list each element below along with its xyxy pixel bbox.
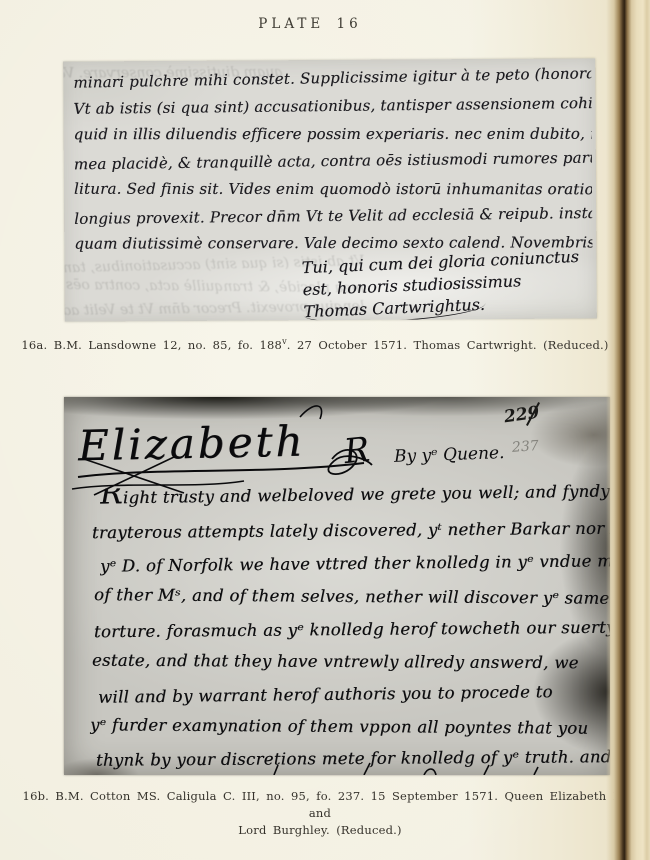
letter-line: trayterous attempts lately discovered, y… [92, 519, 610, 543]
letter-line: will and by warrant herof authoris you t… [98, 682, 553, 707]
letter-line: thynk by your discretions mete for knoll… [96, 747, 610, 770]
caption-16a-text: . 27 October 1571. Thomas Cartwright. (R… [287, 338, 609, 352]
caption-16a: 16a. B.M. Lansdowne 12, no. 85, fo. 188v… [15, 334, 615, 353]
photo-lansdowne-manuscript: Vt ab istis (si qua sint) accusationibus… [63, 58, 597, 321]
letter-line: Right trusty and welbeloved we grete you… [100, 481, 610, 507]
by-the-queen-text: By yᵉ Quene. [394, 443, 505, 467]
elizabeth-signature: Elizabeth [78, 417, 306, 471]
caption-16b: 16b. B.M. Cotton MS. Caligula C. III, no… [15, 788, 625, 839]
manuscript-line: litura. Sed finis sit. Vides enim quomod… [74, 180, 592, 198]
letter-line: of ther Mˢ, and of them selves, nether w… [94, 585, 610, 608]
caption-16a-text: 16a. B.M. Lansdowne 12, no. 85, fo. 188 [21, 338, 282, 352]
book-page: PLATE 16 Vt ab istis (si qua sint) accus… [0, 0, 650, 860]
letter-line: yᵉ D. of Norfolk we have vttred ther kno… [100, 551, 610, 575]
letter-line: torture. forasmuch as yᵉ knolledg herof … [94, 618, 610, 642]
plate-title: PLATE 16 [0, 16, 620, 32]
manuscript-line: quid in illis diluendis efficere possim … [74, 125, 592, 143]
manuscript-line: mea placidè, & tranquillè acta, contra o… [74, 149, 592, 174]
elizabeth-signature-paraph-letter: R [342, 430, 372, 472]
manuscript-line: longius provexit. Precor dn̄m Vt te Veli… [74, 204, 592, 228]
folio-number-new: 237 [511, 438, 539, 456]
letter-line: yᵉ furder examynation of them vppon all … [90, 715, 589, 737]
manuscript-line: Vt ab istis (si qua sint) accusationibus… [73, 94, 591, 118]
caption-16b-line2: Lord Burghley. (Reduced.) [15, 822, 625, 839]
photo-cotton-manuscript: Elizabeth R By yᵉ Quene. 229 237 Right t… [64, 397, 610, 775]
caption-16b-line1: 16b. B.M. Cotton MS. Caligula C. III, no… [15, 788, 625, 822]
cartwright-signature-block: Tui, qui cum dei gloria coniunctus est, … [301, 245, 594, 321]
book-gutter-shadow [606, 0, 650, 860]
letter-line: estate, and that they have vntrewly allr… [92, 651, 579, 673]
